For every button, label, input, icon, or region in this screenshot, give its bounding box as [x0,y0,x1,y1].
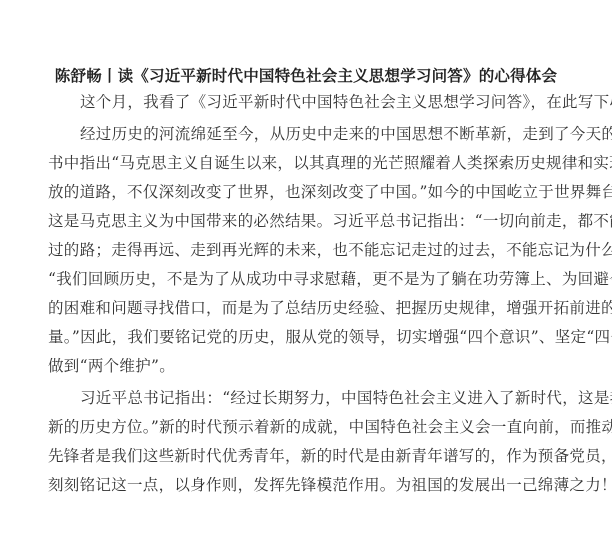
paragraph-line: 过的路；走得再远、走到再光辉的未来，也不能忘记走过的过去，不能忘记为什么出发。” [48,240,572,260]
paragraph-line: 经过历史的河流绵延至今，从历史中走来的中国思想不断革新，走到了今天的繁荣富强， [80,124,572,144]
paragraph-line: 习近平总书记指出：“经过长期努力，中国特色社会主义进入了新时代，这是我国发展 [80,388,572,408]
paragraph-line: 刻刻铭记这一点，以身作则，发挥先锋模范作用。为祖国的发展出一己绵薄之力！ [48,475,572,495]
paragraph-line: “我们回顾历史，不是为了从成功中寻求慰藉，更不是为了躺在功劳簿上、为回避今天面临 [48,269,572,289]
paragraph-line: 这是马克思主义为中国带来的必然结果。习近平总书记指出：“一切向前走，都不能忘记走 [48,211,572,231]
document-title: 陈舒畅丨读《习近平新时代中国特色社会主义思想学习问答》的心得体会 [0,64,612,86]
paragraph-line: 书中指出“马克思主义自诞生以来，以其真理的光芒照耀着人类探索历史规律和实现自身解 [48,153,572,173]
paragraph-line: 放的道路，不仅深刻改变了世界，也深刻改变了中国。”如今的中国屹立于世界舞台中央， [48,182,572,202]
paragraph-line: 先锋者是我们这些新时代优秀青年，新的时代是由新青年谱写的，作为预备党员，我要时时 [48,446,572,466]
paragraph-line: 的困难和问题寻找借口，而是为了总结历史经验、把握历史规律，增强开拓前进的勇气和力 [48,298,572,318]
paragraph-line: 做到“两个维护”。 [48,356,572,376]
paragraph-line: 这个月，我看了《习近平新时代中国特色社会主义思想学习问答》，在此写下心得。 [80,92,572,112]
paragraph-line: 量。”因此，我们要铭记党的历史，服从党的领导，切实增强“四个意识”、坚定“四个自… [48,327,572,347]
paragraph-line: 新的历史方位。”新的时代预示着新的成就，中国特色社会主义会一直向前，而推动向前的 [48,417,572,437]
